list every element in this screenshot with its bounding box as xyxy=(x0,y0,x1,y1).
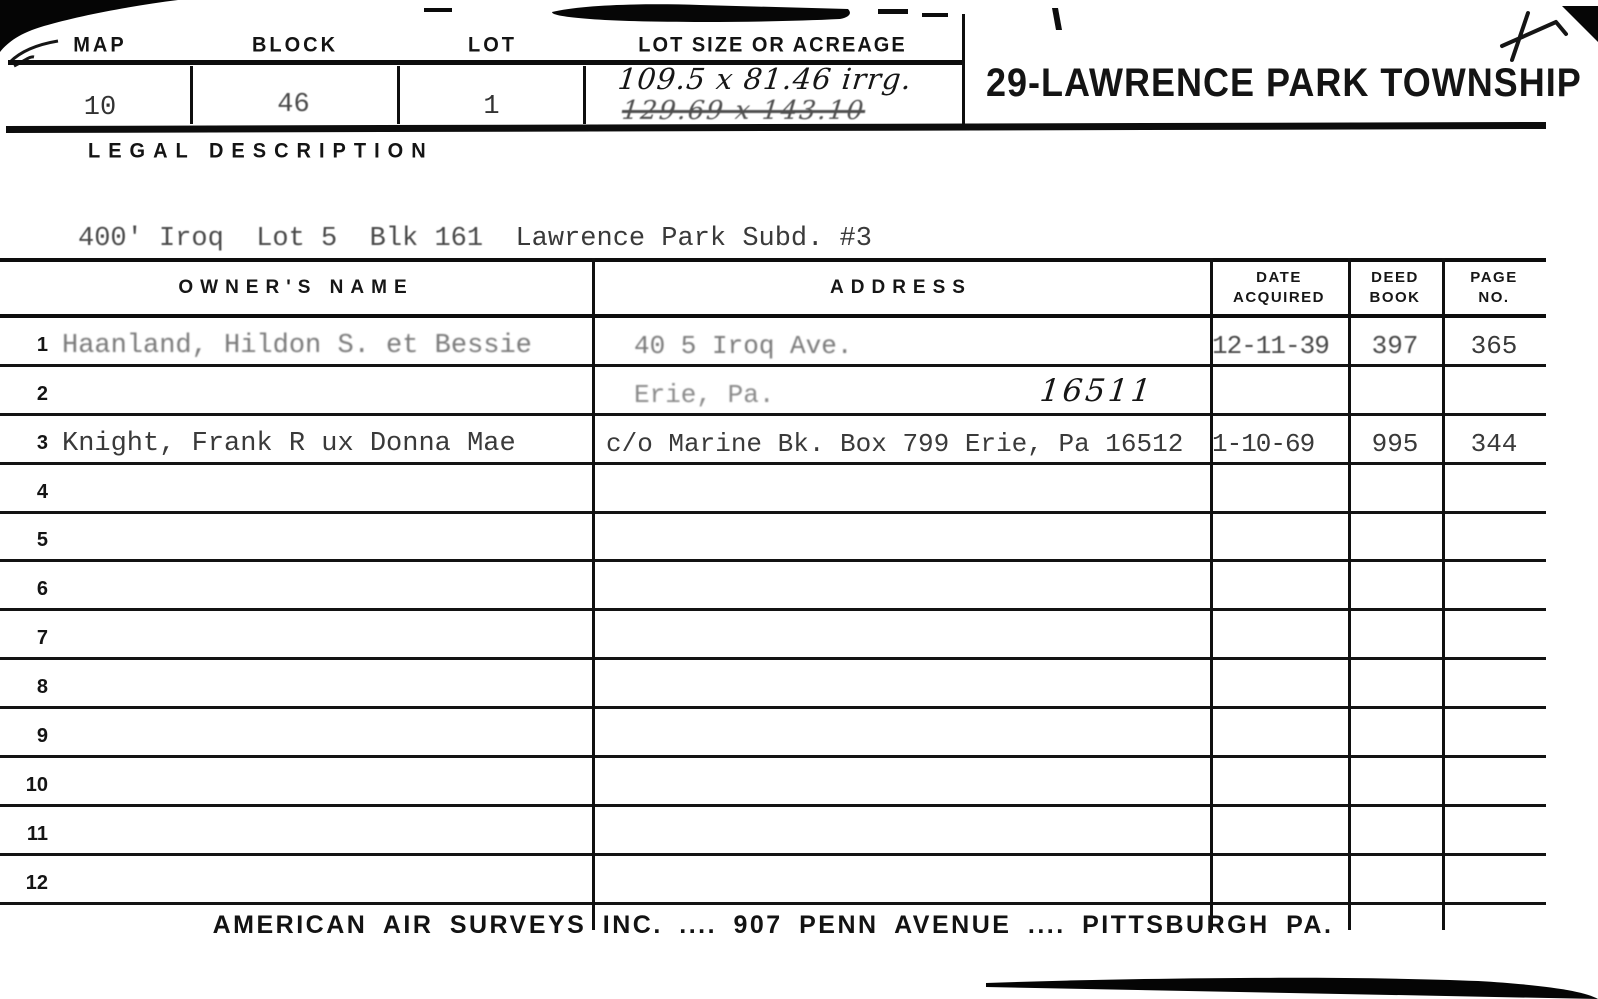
row-number: 6 xyxy=(0,578,62,605)
page-no: 344 xyxy=(1442,429,1546,459)
block-column-label: BLOCK xyxy=(190,32,400,57)
table-row: 8 xyxy=(0,660,1546,709)
lot-size-column-label: LOT SIZE OR ACREAGE xyxy=(585,32,960,57)
owner-name: Haanland, Hildon S. et Bessie xyxy=(62,331,532,361)
date-header-line1: DATE xyxy=(1256,268,1302,288)
scan-tick xyxy=(1052,8,1062,30)
property-record-card: MAP BLOCK LOT LOT SIZE OR ACREAGE 10 46 … xyxy=(0,0,1598,999)
owners-table-header: OWNER'S NAME ADDRESS DATE ACQUIRED DEED … xyxy=(0,258,1546,318)
pen-x-mark xyxy=(1502,13,1566,60)
date-header-line2: ACQUIRED xyxy=(1233,288,1325,308)
table-row: 10 xyxy=(0,758,1546,807)
table-row: 6 xyxy=(0,562,1546,611)
row-number: 2 xyxy=(0,383,62,410)
table-row: 5 xyxy=(0,514,1546,563)
township-title: 29-LAWRENCE PARK TOWNSHIP xyxy=(986,60,1546,106)
row-number: 11 xyxy=(0,823,62,850)
table-row: 11 xyxy=(0,807,1546,856)
header-divider xyxy=(962,14,965,126)
page-no-header: PAGE NO. xyxy=(1442,262,1546,314)
legal-description-text: 400' Iroq Lot 5 Blk 161 Lawrence Park Su… xyxy=(78,224,872,254)
deed-book: 995 xyxy=(1348,429,1442,459)
scan-dash xyxy=(878,9,908,14)
surveyor-footer: AMERICAN AIR SURVEYS INC. .... 907 PENN … xyxy=(0,911,1546,940)
deed-book: 397 xyxy=(1348,331,1442,361)
legal-description-label: LEGAL DESCRIPTION xyxy=(88,139,434,163)
deed-book-header: DEED BOOK xyxy=(1348,262,1442,314)
table-row: 3Knight, Frank R ux Donna Mae c/o Marine… xyxy=(0,416,1546,465)
header-divider xyxy=(583,66,586,124)
owners-table: OWNER'S NAME ADDRESS DATE ACQUIRED DEED … xyxy=(0,258,1546,905)
legal-description-faded-part: 400' Iroq Lot 5 Blk 161 xyxy=(78,224,483,254)
date-acquired: 1-10-69 xyxy=(1210,429,1314,459)
table-row: 2 Erie, Pa.16511 xyxy=(0,367,1546,416)
zip-code-handwritten: 16511 xyxy=(1038,373,1155,409)
scan-streak-bottom-right xyxy=(986,978,1598,999)
table-row: 12 xyxy=(0,856,1546,905)
column-divider xyxy=(1210,258,1213,930)
address: 40 5 Iroq Ave. xyxy=(592,331,852,361)
table-row: 9 xyxy=(0,709,1546,758)
page-header-line1: PAGE xyxy=(1470,268,1517,288)
table-row: 7 xyxy=(0,611,1546,660)
block-value: 46 xyxy=(190,90,397,120)
row-number: 9 xyxy=(0,725,62,752)
owner-name: Knight, Frank R ux Donna Mae xyxy=(62,429,516,459)
lot-size-struck-out: 129.69 x 143.10 xyxy=(620,96,866,126)
page-no: 365 xyxy=(1442,331,1546,361)
scan-smear-top-center xyxy=(552,4,850,22)
deed-header-line2: BOOK xyxy=(1370,288,1421,308)
lot-value: 1 xyxy=(400,92,583,122)
row-number: 8 xyxy=(0,676,62,703)
page-header-line2: NO. xyxy=(1478,288,1509,308)
row-number: 4 xyxy=(0,481,62,508)
address-header: ADDRESS xyxy=(592,262,1210,314)
header-rule-bottom xyxy=(6,122,1546,133)
row-number: 5 xyxy=(0,529,62,556)
scan-blot-top-right xyxy=(1562,6,1598,42)
column-divider xyxy=(592,258,595,930)
map-value: 10 xyxy=(10,93,190,123)
scan-dash xyxy=(922,13,948,17)
row-number: 1 xyxy=(0,334,62,361)
row-number: 12 xyxy=(0,872,62,899)
row-number: 3 xyxy=(0,432,62,459)
date-acquired: 12-11-39 xyxy=(1210,331,1329,361)
column-divider xyxy=(1442,258,1445,930)
row-number: 10 xyxy=(0,774,62,801)
lot-size-handwritten: 109.5 x 81.46 irrg. xyxy=(616,62,913,96)
lot-column-label: LOT xyxy=(400,32,585,57)
date-acquired-header: DATE ACQUIRED xyxy=(1210,262,1348,314)
owner-name-header: OWNER'S NAME xyxy=(0,262,592,314)
address: Erie, Pa. xyxy=(592,380,774,410)
table-row: 1Haanland, Hildon S. et Bessie 40 5 Iroq… xyxy=(0,318,1546,367)
table-row: 4 xyxy=(0,465,1546,514)
map-column-label: MAP xyxy=(10,32,190,57)
deed-header-line1: DEED xyxy=(1371,268,1419,288)
row-number: 7 xyxy=(0,627,62,654)
scan-dash xyxy=(424,8,452,12)
address: c/o Marine Bk. Box 799 Erie, Pa 16512 xyxy=(592,429,1183,459)
column-divider xyxy=(1348,258,1351,930)
legal-description-dark-part: Lawrence Park Subd. #3 xyxy=(483,224,872,254)
